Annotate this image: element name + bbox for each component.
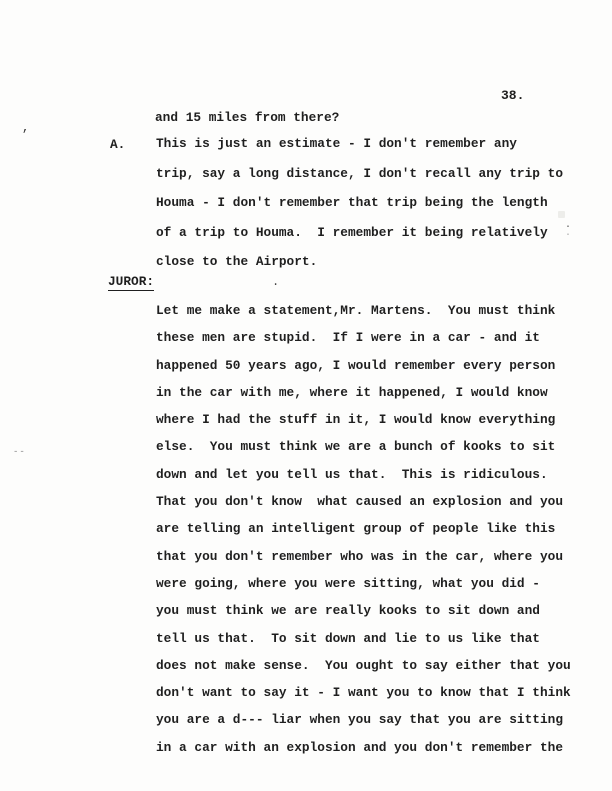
transcript-line: don't want to say it - I want you to kno… <box>156 679 571 706</box>
transcript-line: of a trip to Houma. I remember it being … <box>156 218 563 248</box>
left-margin-dash-mark: -- <box>13 448 26 457</box>
transcript-line: where I had the stuff in it, I would kno… <box>156 406 571 433</box>
transcript-line: trip, say a long distance, I don't recal… <box>156 159 563 189</box>
transcript-page: 38. and 15 miles from there? A. This is … <box>0 0 612 791</box>
transcript-line: were going, where you were sitting, what… <box>156 570 571 597</box>
right-margin-smudge <box>558 211 565 218</box>
transcript-line: that you don't remember who was in the c… <box>156 543 571 570</box>
transcript-line: down and let you tell us that. This is r… <box>156 461 571 488</box>
right-margin-speck: . <box>565 229 571 239</box>
transcript-line: you must think we are really kooks to si… <box>156 597 571 624</box>
transcript-line: Houma - I don't remember that trip being… <box>156 188 563 218</box>
answer-speaker-label: A. <box>110 139 125 152</box>
transcript-line: are telling an intelligent group of peop… <box>156 515 571 542</box>
transcript-line: in a car with an explosion and you don't… <box>156 734 571 761</box>
transcript-line: in the car with me, where it happened, I… <box>156 379 571 406</box>
stray-dot-mark: . <box>272 276 279 288</box>
transcript-line: tell us that. To sit down and lie to us … <box>156 625 571 652</box>
page-number: 38. <box>501 89 524 102</box>
answer-text-block: This is just an estimate - I don't remem… <box>156 129 563 277</box>
juror-statement-block: Let me make a statement,Mr. Martens. You… <box>156 297 571 761</box>
transcript-line: else. You must think we are a bunch of k… <box>156 433 571 460</box>
transcript-line: these men are stupid. If I were in a car… <box>156 324 571 351</box>
transcript-line: happened 50 years ago, I would remember … <box>156 352 571 379</box>
left-margin-comma-mark: , <box>22 122 29 134</box>
transcript-line: does not make sense. You ought to say ei… <box>156 652 571 679</box>
transcript-line: Let me make a statement,Mr. Martens. You… <box>156 297 571 324</box>
transcript-line: close to the Airport. <box>156 247 563 277</box>
transcript-line: This is just an estimate - I don't remem… <box>156 129 563 159</box>
transcript-line: you are a d--- liar when you say that yo… <box>156 706 571 733</box>
question-continuation-line: and 15 miles from there? <box>155 110 339 125</box>
juror-speaker-label: JUROR: <box>108 276 154 291</box>
transcript-line: That you don't know what caused an explo… <box>156 488 571 515</box>
